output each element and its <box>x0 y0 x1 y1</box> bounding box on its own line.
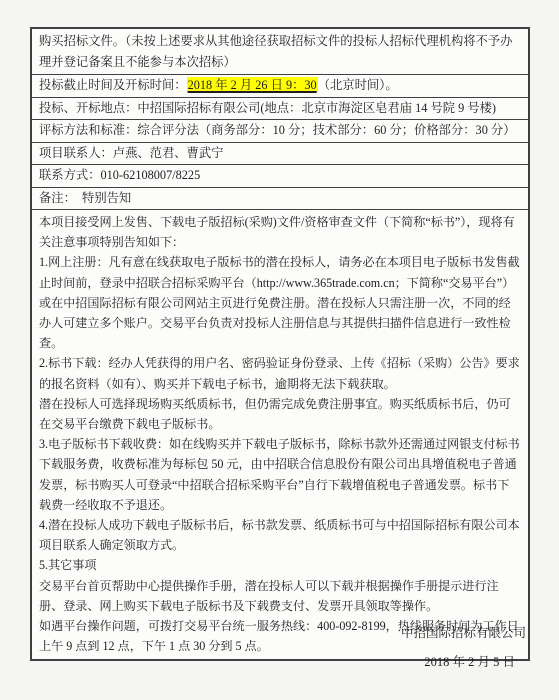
row-purchase-note: 购买招标文件。（未按上述要求从其他途径获取招标文件的投标人招标代理机构将不予办理… <box>32 29 528 75</box>
notice-item-2-document-download: 2.标书下载：经办人凭获得的用户名、密码验证身份登录、上传《招标（采购）公告》要… <box>39 353 521 393</box>
notice-item-4-invoice-pickup: 4.潜在投标人成功下载电子版标书后，标书款发票、纸质标书可与中招国际招标有限公司… <box>39 515 521 555</box>
notice-operation-manual-paragraph: 交易平台首页帮助中心提供操作手册，潜在投标人可以下载并根据操作手册提示进行注册、… <box>39 576 521 616</box>
signature-date: 2018 年 2 月 5 日 <box>30 655 526 670</box>
deadline-label: 投标截止时间及开标时间： <box>39 78 187 92</box>
purchase-note-text: 购买招标文件。（未按上述要求从其他途径获取招标文件的投标人招标代理机构将不予办理… <box>39 34 512 69</box>
notice-item-1-online-registration: 1.网上注册：凡有意在线获取电子版标书的潜在投标人，请务必在本项目电子版标书发售… <box>39 252 521 353</box>
bid-opening-location-text: 投标、开标地点：中招国际招标有限公司(地点：北京市海淀区皂君庙 14 号院 9 … <box>39 101 496 115</box>
row-evaluation-method: 评标方法和标准：综合评分法（商务部分：10 分；技术部分：60 分；价格部分：3… <box>32 120 528 143</box>
row-remark-label: 备注： 特别告知 <box>32 188 528 211</box>
row-special-notice: 本项目接受网上发售、下载电子版招标(采购)文件/资格审查文件（下简称“标书”），… <box>32 210 528 659</box>
deadline-date-highlight: 2018 年 2 月 26 日 9：30 <box>187 77 318 92</box>
notice-item-5-other-matters: 5.其它事项 <box>39 555 521 575</box>
tender-info-table: 购买招标文件。（未按上述要求从其他途径获取招标文件的投标人招标代理机构将不予办理… <box>30 27 530 661</box>
row-contact-phone: 联系方式：010-62108007/8225 <box>32 165 528 188</box>
notice-item-3-download-fee: 3.电子版标书下载收费：如在线购买并下载电子版标书，除标书款外还需通过网银支付标… <box>39 434 521 515</box>
company-name: 中招国际招标有限公司 <box>30 626 526 641</box>
notice-intro-paragraph: 本项目接受网上发售、下载电子版招标(采购)文件/资格审查文件（下简称“标书”），… <box>39 212 521 252</box>
row-bid-deadline: 投标截止时间及开标时间：2018 年 2 月 26 日 9：30（北京时间）。 <box>32 75 528 98</box>
remark-label-text: 备注： 特别告知 <box>39 191 131 205</box>
evaluation-method-text: 评标方法和标准：综合评分法（商务部分：10 分；技术部分：60 分；价格部分：3… <box>39 123 516 137</box>
row-bid-opening-location: 投标、开标地点：中招国际招标有限公司(地点：北京市海淀区皂君庙 14 号院 9 … <box>32 98 528 121</box>
signature-block: 中招国际招标有限公司 2018 年 2 月 5 日 <box>30 626 526 670</box>
notice-paper-document-paragraph: 潜在投标人可选择现场购买纸质标书，但仍需完成免费注册事宜。购买纸质标书后，仍可在… <box>39 394 521 434</box>
contact-phone-text: 联系方式：010-62108007/8225 <box>39 168 200 182</box>
row-project-contacts: 项目联系人：卢燕、范君、曹武宁 <box>32 143 528 166</box>
project-contacts-text: 项目联系人：卢燕、范君、曹武宁 <box>39 146 223 160</box>
tender-document-page: 购买招标文件。（未按上述要求从其他途径获取招标文件的投标人招标代理机构将不予办理… <box>0 0 559 700</box>
deadline-timezone-suffix: （北京时间）。 <box>318 78 398 92</box>
